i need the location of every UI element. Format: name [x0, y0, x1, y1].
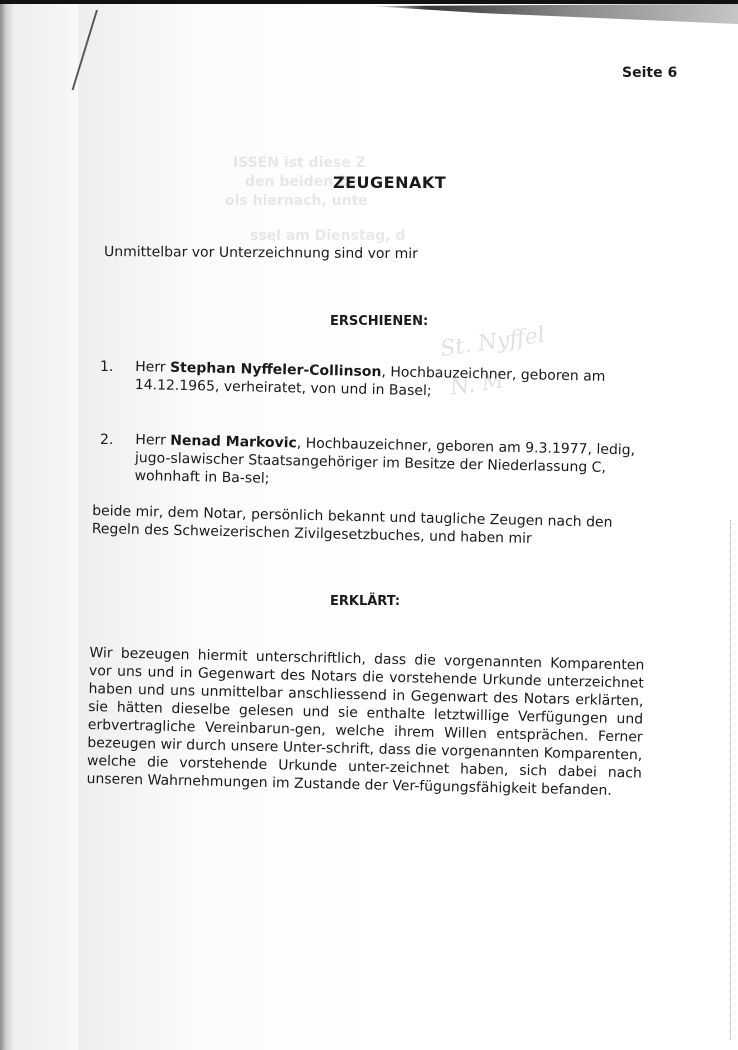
document-title: ZEUGENAKT: [333, 174, 446, 192]
section-heading-declared: ERKLÄRT:: [330, 593, 400, 611]
declaration-paragraph: Wir bezeugen hiermit unterschriftlich, d…: [86, 644, 644, 801]
person-entry: Herr Nenad Markovic, Hochbauzeichner, ge…: [134, 431, 655, 496]
person-prefix: Herr: [135, 359, 170, 376]
scan-right-edge: [730, 520, 732, 1040]
intro-text: Unmittelbar vor Unterzeichnung sind vor …: [104, 243, 418, 263]
person-name: Nenad Markovic: [170, 433, 297, 452]
person-name: Stephan Nyffeler-Collinson: [170, 360, 382, 380]
person-number: 2.: [100, 431, 113, 449]
page-number: Seite 6: [622, 64, 677, 82]
person-prefix: Herr: [135, 432, 170, 449]
bleed-through-text: ols hiernach, unte: [225, 193, 368, 209]
section-heading-appeared: ERSCHIENEN:: [330, 313, 428, 331]
bleed-through-text: ssel am Dienstag, d: [250, 228, 405, 244]
scan-top-edge: [0, 0, 738, 4]
person-number: 1.: [100, 358, 113, 376]
scan-left-shadow: [0, 0, 78, 1050]
bleed-through-text: ISSEN ist diese Z: [233, 155, 366, 171]
